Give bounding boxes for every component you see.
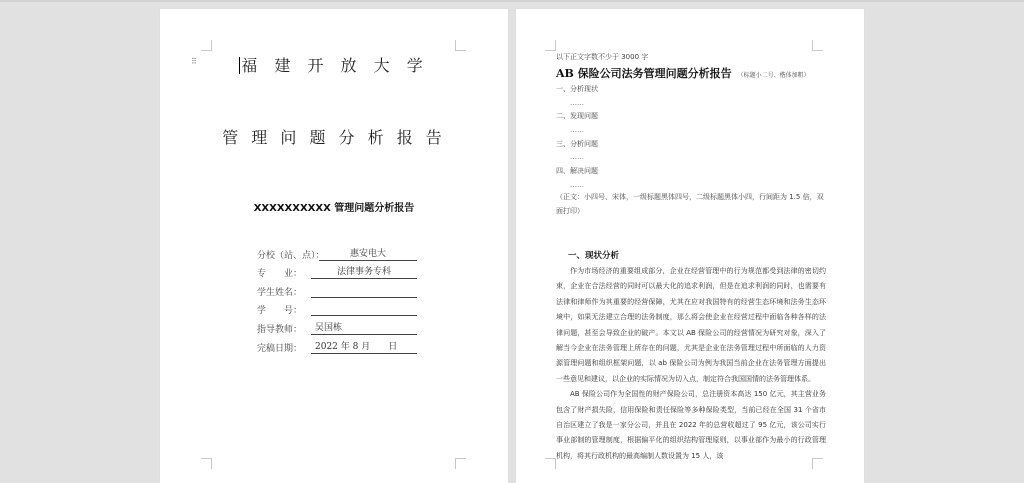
cover-info-table: 分校（站、点）： 惠安电大 专 业： 法律事务专科 学生姓名： 学 号： 指导教… bbox=[257, 242, 417, 354]
format-instructions: （正文：小四号、宋体，一级标题黑体四号，二级标题黑体小四，行间距为 1.5 倍，… bbox=[556, 190, 826, 218]
info-row-advisor: 指导教师： 吴国栋 bbox=[257, 316, 417, 335]
info-value[interactable] bbox=[311, 286, 417, 298]
outline-placeholder: …… bbox=[556, 97, 826, 111]
word-count-note: 以下正文字数不少于 3000 字 bbox=[556, 52, 826, 62]
margin-corner-mark bbox=[455, 40, 466, 51]
margin-corner-mark bbox=[201, 458, 212, 469]
margin-corner-mark bbox=[812, 40, 823, 51]
info-value[interactable]: 吴国栋 bbox=[311, 323, 417, 335]
outline-item: 二、发现问题 bbox=[556, 110, 826, 124]
heading-format-hint: （标题小二号、楷体加粗） bbox=[738, 72, 810, 79]
report-heading: AB 保险公司法务管理问题分析报告（标题小二号、楷体加粗） bbox=[556, 65, 826, 81]
outline-item: 四、解决问题 bbox=[556, 165, 826, 179]
info-label: 分校（站、点）： bbox=[257, 248, 319, 261]
info-label: 指导教师： bbox=[257, 322, 311, 335]
info-label: 完稿日期： bbox=[257, 341, 311, 354]
body-paragraph: 作为市场经济的重要组成部分，企业在经营管理中的行为规范都受到法律的密切约束，企业… bbox=[556, 264, 826, 387]
info-value[interactable] bbox=[311, 304, 417, 316]
cover-title: 管 理 问 题 分 析 报 告 bbox=[160, 125, 508, 148]
info-value[interactable]: 法律事务专科 bbox=[311, 267, 417, 279]
viewer-top-border bbox=[0, 0, 1024, 2]
outline-placeholder: …… bbox=[556, 151, 826, 165]
info-row-major: 专 业： 法律事务专科 bbox=[257, 261, 417, 280]
info-label: 学 号： bbox=[257, 303, 311, 316]
margin-corner-mark bbox=[545, 458, 556, 469]
outline-placeholder: …… bbox=[556, 124, 826, 138]
info-row-branch: 分校（站、点）： 惠安电大 bbox=[257, 242, 417, 261]
cover-subtitle: XXXXXXXXXX 管理问题分析报告 bbox=[160, 199, 508, 214]
outline-item: 三、分析问题 bbox=[556, 138, 826, 152]
margin-corner-mark bbox=[455, 458, 466, 469]
info-row-completion-date: 完稿日期： 2022 年 8 月 日 bbox=[257, 335, 417, 354]
margin-corner-mark bbox=[545, 40, 556, 51]
margin-corner-mark bbox=[201, 40, 212, 51]
info-value[interactable]: 惠安电大 bbox=[319, 249, 417, 261]
info-value[interactable]: 2022 年 8 月 日 bbox=[311, 342, 417, 354]
info-row-student-name: 学生姓名： bbox=[257, 279, 417, 298]
info-label: 学生姓名： bbox=[257, 285, 311, 298]
info-label: 专 业： bbox=[257, 266, 311, 279]
university-name-text: 福 建 开 放 大 学 bbox=[241, 56, 428, 75]
document-page-cover[interactable]: ⠿ 福 建 开 放 大 学 管 理 问 题 分 析 报 告 XXXXXXXXXX… bbox=[160, 9, 508, 483]
outline-item: 一、分析现状 bbox=[556, 83, 826, 97]
university-name[interactable]: 福 建 开 放 大 学 bbox=[160, 53, 508, 76]
body-paragraph: AB 保险公司作为全国性的财产保险公司，总注册资本高达 150 亿元，其主营业务… bbox=[556, 387, 826, 464]
info-row-student-id: 学 号： bbox=[257, 298, 417, 317]
body-text: 作为市场经济的重要组成部分，企业在经营管理中的行为规范都受到法律的密切约束，企业… bbox=[556, 264, 826, 464]
document-page-content[interactable]: 以下正文字数不少于 3000 字 AB 保险公司法务管理问题分析报告（标题小二号… bbox=[516, 9, 864, 483]
report-heading-text: AB 保险公司法务管理问题分析报告 bbox=[556, 67, 732, 80]
section-title: 一、现状分析 bbox=[568, 249, 838, 261]
outline-list: 一、分析现状 …… 二、发现问题 …… 三、分析问题 …… 四、解决问题 …… bbox=[556, 83, 826, 193]
